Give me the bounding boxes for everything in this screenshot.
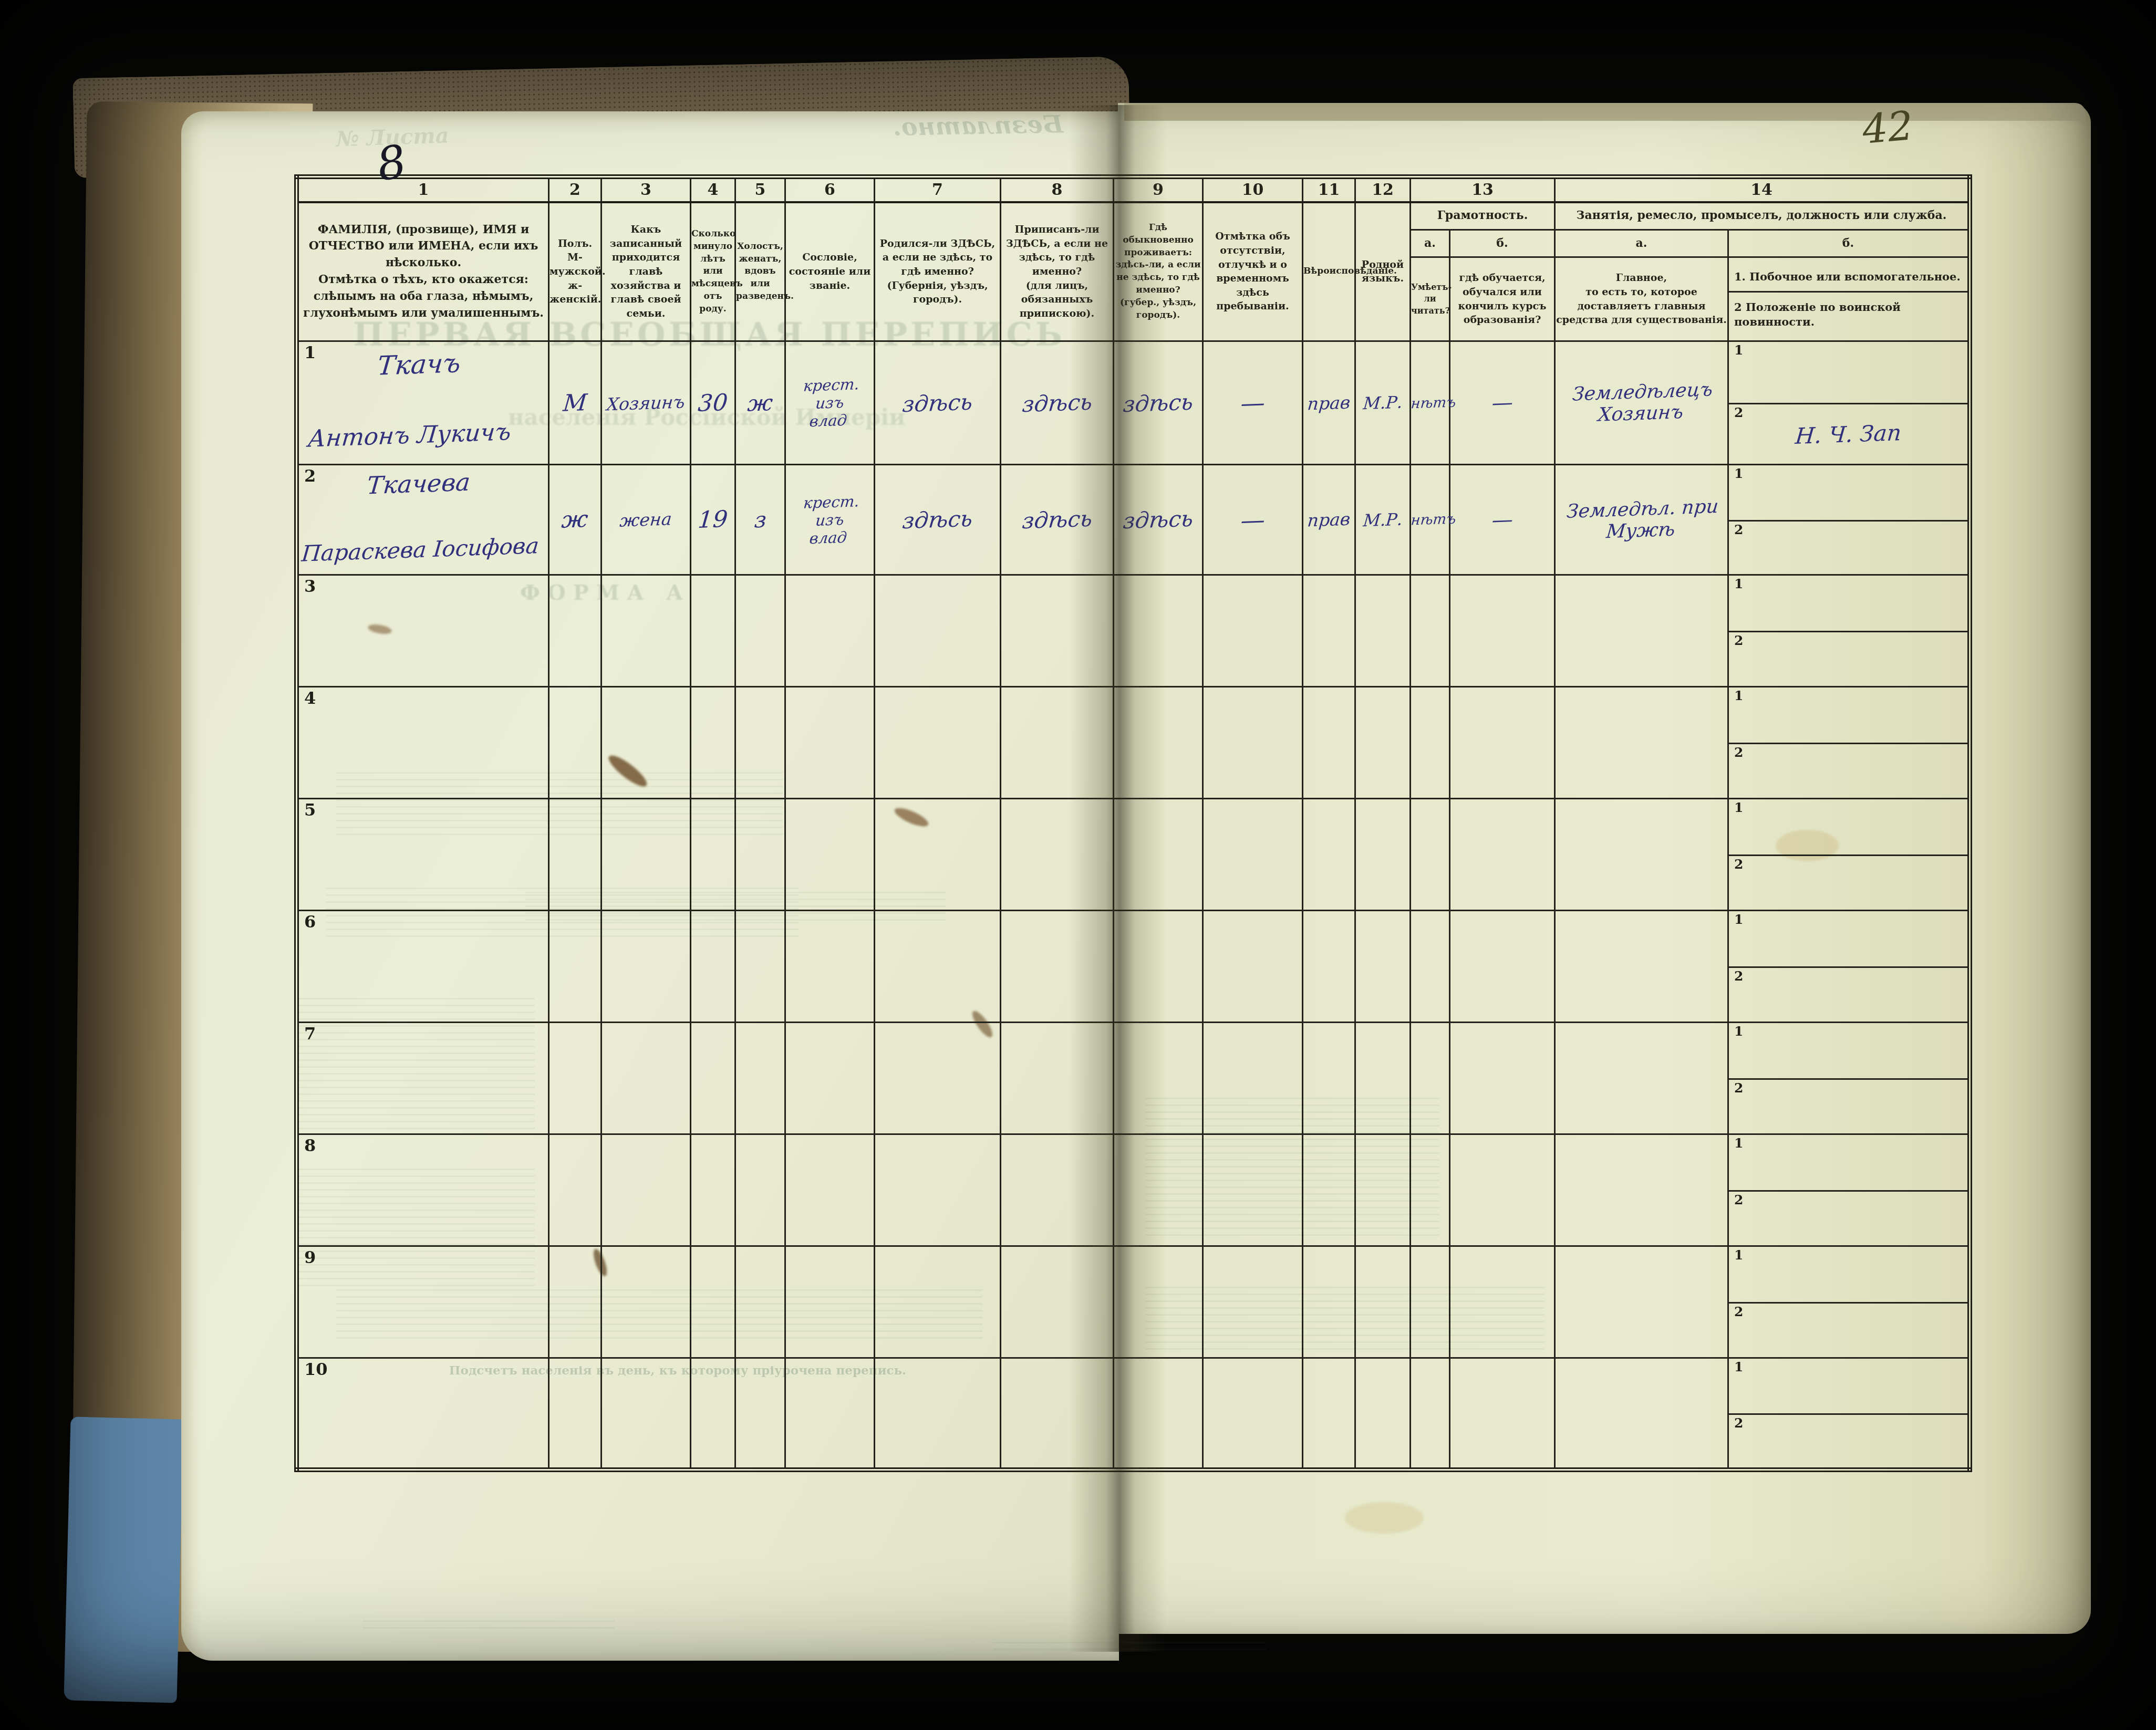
- header-sex: Полъ. М-мужской. ж-женскій.: [549, 202, 602, 341]
- military-sub2: 2: [1729, 966, 1967, 1022]
- absence-cell: [1203, 687, 1303, 799]
- handwritten-page-number: 42: [1861, 106, 1915, 150]
- education-cell: [1450, 1023, 1555, 1134]
- right-page-top-edge: [1124, 103, 2086, 121]
- birthplace-cell: [875, 799, 1001, 911]
- occupation-cell: [1555, 799, 1728, 911]
- table-row: 2 Ткачева Параскева Іосифова ж жена 19 з…: [297, 465, 1970, 575]
- col-number-2: 2: [549, 177, 602, 202]
- religion-cell: [1303, 575, 1355, 687]
- printed-footnote-line: [993, 1642, 1266, 1650]
- secondary-sub1: 1: [1729, 1023, 1967, 1078]
- age-cell: 30: [691, 341, 735, 465]
- education-cell: —: [1450, 341, 1555, 465]
- marital-cell: [735, 1246, 785, 1358]
- sub1-label: 1: [1734, 1248, 1743, 1262]
- reads-cell: [1411, 1023, 1450, 1134]
- sub2-label: 2: [1734, 1416, 1743, 1430]
- col-number-8: 8: [1001, 177, 1114, 202]
- sub1-label: 1: [1734, 1137, 1743, 1150]
- estate-cell: [785, 1246, 875, 1358]
- birthplace-entry: здѣсь: [901, 389, 974, 417]
- residence-entry: здѣсь: [1122, 506, 1195, 534]
- residence-cell: [1114, 687, 1203, 799]
- reads-cell: нѣтъ: [1411, 341, 1450, 465]
- row-number: 5: [304, 801, 316, 818]
- age-entry: 30: [697, 389, 729, 417]
- residence-cell: [1114, 1134, 1203, 1246]
- occupation-secondary-cell: 1 2: [1728, 465, 1970, 575]
- header-marital: Холостъ, женатъ, вдовъ или разведенъ.: [735, 202, 785, 341]
- military-entry: Н. Ч. Зап: [1794, 420, 1902, 449]
- sex-cell: [549, 1246, 602, 1358]
- header-age: Сколько минуло лѣтъ или мѣсяцевъ отъ род…: [691, 202, 735, 341]
- header-birthplace: Родился-ли ЗДѢСЬ, а если не здѣсь, то гд…: [875, 202, 1001, 341]
- table-row: 1 Ткачъ Антонъ Лукичъ М Хозяинъ 30 ж кре…: [297, 341, 1970, 465]
- relation-cell: [602, 687, 691, 799]
- language-entry: М.Р.: [1362, 392, 1403, 414]
- name-cell: 6: [297, 911, 549, 1023]
- given-name-entry: Антонъ Лукичъ: [307, 418, 512, 452]
- estate-cell: крест. изъ влад: [785, 341, 875, 465]
- row1-name-cell: 1 Ткачъ Антонъ Лукичъ: [297, 341, 549, 465]
- language-cell: [1355, 1246, 1411, 1358]
- sex-cell: [549, 911, 602, 1023]
- table-row: 6 1 2: [297, 911, 1970, 1023]
- sub2-label: 2: [1734, 523, 1743, 536]
- occupation-cell: [1555, 575, 1728, 687]
- absence-entry: —: [1239, 505, 1266, 535]
- header-occupation-b-item-1: 1. Побочное или вспомогательное.: [1729, 262, 1967, 291]
- residence-cell: [1114, 1358, 1203, 1470]
- sub2-label: 2: [1734, 1081, 1743, 1095]
- reads-cell: [1411, 911, 1450, 1023]
- secondary-sub1: 1: [1729, 465, 1967, 520]
- row-number: 10: [304, 1361, 328, 1378]
- sub1-label: 1: [1734, 689, 1743, 702]
- header-occupation-b-item-2: 2 Положеніе по воинской повинности.: [1729, 291, 1967, 336]
- occupation-cell: [1555, 1134, 1728, 1246]
- col-number-5: 5: [735, 177, 785, 202]
- relation-cell: [602, 1246, 691, 1358]
- row-number: 8: [304, 1137, 316, 1154]
- occupation-cell: [1555, 1358, 1728, 1470]
- header-language: Родной языкъ.: [1355, 202, 1411, 341]
- name-cell: 8: [297, 1134, 549, 1246]
- religion-cell: [1303, 1358, 1355, 1470]
- row-number: 9: [304, 1249, 316, 1266]
- sex-cell: [549, 575, 602, 687]
- relation-cell: [602, 1134, 691, 1246]
- name-cell: 7: [297, 1023, 549, 1134]
- reads-cell: [1411, 1134, 1450, 1246]
- birthplace-cell: здѣсь: [875, 341, 1001, 465]
- occupation-secondary-cell: 1 2: [1728, 911, 1970, 1023]
- religion-cell: [1303, 1246, 1355, 1358]
- col-number-7: 7: [875, 177, 1001, 202]
- marital-entry: з: [753, 507, 767, 533]
- col-number-10: 10: [1203, 177, 1303, 202]
- marital-cell: [735, 687, 785, 799]
- military-sub2: 2: [1729, 1302, 1967, 1357]
- table-row: 4 1 2: [297, 687, 1970, 799]
- header-relation: Какъ записанный приходится главѣ хозяйст…: [602, 202, 691, 341]
- sub2-label: 2: [1734, 1305, 1743, 1318]
- military-sub2: 2: [1729, 1078, 1967, 1133]
- table-row: 3 1 2: [297, 575, 1970, 687]
- military-sub2: 2: [1729, 1190, 1967, 1245]
- residence-cell: [1114, 1023, 1203, 1134]
- occupation-secondary-cell: 1 2: [1728, 1358, 1970, 1470]
- row-number: 7: [304, 1025, 316, 1042]
- foxing-spot: [1345, 1502, 1424, 1534]
- absence-cell: [1203, 799, 1303, 911]
- header-absence: Отмѣтка объ отсутствіи, отлучкѣ и о врем…: [1203, 202, 1303, 341]
- education-cell: [1450, 1246, 1555, 1358]
- secondary-sub1: 1: [1729, 342, 1967, 403]
- estate-cell: [785, 1134, 875, 1246]
- name-cell: 10: [297, 1358, 549, 1470]
- sub2-label: 2: [1734, 406, 1743, 419]
- residence-cell: здѣсь: [1114, 465, 1203, 575]
- military-sub2: 2: [1729, 631, 1967, 686]
- secondary-sub1: 1: [1729, 799, 1967, 854]
- sex-entry: ж: [561, 506, 589, 534]
- sub1-label: 1: [1734, 913, 1743, 926]
- header-literacy-b-letter: б.: [1450, 230, 1555, 257]
- col-number-14: 14: [1555, 177, 1970, 202]
- registration-cell: [1001, 575, 1114, 687]
- absence-cell: —: [1203, 465, 1303, 575]
- absence-cell: [1203, 911, 1303, 1023]
- education-entry: —: [1490, 390, 1514, 415]
- marital-cell: [735, 1023, 785, 1134]
- sub2-label: 2: [1734, 746, 1743, 759]
- military-sub2: 2 Н. Ч. Зап: [1729, 403, 1967, 464]
- sex-entry: М: [562, 389, 588, 417]
- col-number-3: 3: [602, 177, 691, 202]
- sex-cell: [549, 687, 602, 799]
- age-cell: [691, 1358, 735, 1470]
- sex-cell: [549, 1358, 602, 1470]
- religion-cell: [1303, 1023, 1355, 1134]
- language-cell: [1355, 911, 1411, 1023]
- birthplace-cell: [875, 1358, 1001, 1470]
- education-cell: —: [1450, 465, 1555, 575]
- sex-cell: [549, 799, 602, 911]
- marital-cell: ж: [735, 341, 785, 465]
- military-sub2: 2: [1729, 520, 1967, 575]
- occupation-cell: Земледѣл. при Мужѣ: [1555, 465, 1728, 575]
- header-literacy-a-letter: а.: [1411, 230, 1450, 257]
- occupation-secondary-cell: 1 2: [1728, 575, 1970, 687]
- religion-cell: прав: [1303, 341, 1355, 465]
- secondary-sub1: 1: [1729, 1359, 1967, 1413]
- col-number-4: 4: [691, 177, 735, 202]
- registration-cell: здѣсь: [1001, 465, 1114, 575]
- header-literacy-a-desc: Умѣетъ-ли читать?: [1411, 257, 1450, 341]
- age-cell: 19: [691, 465, 735, 575]
- birthplace-entry: здѣсь: [901, 506, 974, 534]
- residence-cell: [1114, 1246, 1203, 1358]
- col-number-12: 12: [1355, 177, 1411, 202]
- marital-cell: [735, 575, 785, 687]
- relation-entry: Хозяинъ: [606, 391, 686, 414]
- age-cell: [691, 1134, 735, 1246]
- row-number: 4: [304, 690, 316, 706]
- sub2-label: 2: [1734, 970, 1743, 983]
- language-entry: М.Р.: [1362, 509, 1403, 530]
- absence-cell: [1203, 1134, 1303, 1246]
- education-cell: [1450, 1134, 1555, 1246]
- occupation-secondary-cell: 1 2: [1728, 687, 1970, 799]
- marital-cell: [735, 1134, 785, 1246]
- religion-cell: [1303, 799, 1355, 911]
- table-row: 5 1 2: [297, 799, 1970, 911]
- occupation-secondary-cell: 1 2: [1728, 1134, 1970, 1246]
- registration-entry: здѣсь: [1021, 506, 1093, 534]
- sub1-label: 1: [1734, 577, 1743, 590]
- occupation-secondary-cell: 1 2: [1728, 799, 1970, 911]
- marital-cell: [735, 1358, 785, 1470]
- occupation-entry: Земледѣлецъ Хозяинъ: [1570, 379, 1714, 426]
- sex-cell: [549, 1134, 602, 1246]
- registration-entry: здѣсь: [1021, 389, 1093, 417]
- reads-cell: [1411, 1358, 1450, 1470]
- occupation-cell: [1555, 1023, 1728, 1134]
- column-number-row: 1 2 3 4 5 6 7 8 9 10 11 12 13 14: [297, 177, 1970, 202]
- language-cell: [1355, 1358, 1411, 1470]
- sub1-label: 1: [1734, 343, 1743, 357]
- header-literacy-b-desc: гдѣ обучается, обучался или кончилъ курс…: [1450, 257, 1555, 341]
- occupation-entry: Земледѣл. при Мужѣ: [1564, 496, 1719, 544]
- census-table: 1 2 3 4 5 6 7 8 9 10 11 12 13 14 ФАМИЛІЯ…: [294, 174, 1972, 1472]
- book-photo: Безплатно. № Листа ПЕРВАЯ ВСЕОБЩАЯ ПЕРЕП…: [0, 0, 2156, 1730]
- education-cell: [1450, 575, 1555, 687]
- religion-entry: прав: [1307, 392, 1351, 414]
- reads-cell: [1411, 799, 1450, 911]
- birthplace-cell: [875, 1023, 1001, 1134]
- age-cell: [691, 575, 735, 687]
- header-occupation-title: Занятія, ремесло, промыселъ, должность и…: [1555, 202, 1970, 230]
- reads-cell: [1411, 575, 1450, 687]
- relation-cell: [602, 799, 691, 911]
- sex-cell: ж: [549, 465, 602, 575]
- bleedthrough-free-stamp: Безплатно.: [893, 110, 1064, 141]
- registration-cell: [1001, 687, 1114, 799]
- registration-cell: [1001, 1358, 1114, 1470]
- marital-cell: [735, 911, 785, 1023]
- relation-cell: [602, 1358, 691, 1470]
- absence-cell: [1203, 1246, 1303, 1358]
- header-occupation-a-letter: а.: [1555, 230, 1728, 257]
- estate-entry: крест. изъ влад: [783, 374, 876, 431]
- secondary-sub1: 1: [1729, 1135, 1967, 1190]
- name-cell: 5: [297, 799, 549, 911]
- header-residence: Гдѣ обыкновенно проживаетъ: здѣсь-ли, а …: [1114, 202, 1203, 341]
- header-estate: Сословіе, состояніе или званіе.: [785, 202, 875, 341]
- row-number: 2: [304, 467, 316, 484]
- registration-cell: [1001, 1134, 1114, 1246]
- absence-cell: [1203, 1358, 1303, 1470]
- religion-entry: прав: [1307, 509, 1351, 531]
- col-number-9: 9: [1114, 177, 1203, 202]
- language-cell: М.Р.: [1355, 341, 1411, 465]
- reads-cell: [1411, 687, 1450, 799]
- table-row: 7 1 2: [297, 1023, 1970, 1134]
- header-religion: Вѣроисповѣданіе.: [1303, 202, 1355, 341]
- header-occupation-a-desc: Главное, то есть то, которое доставляетъ…: [1555, 257, 1728, 341]
- reads-cell: нѣтъ: [1411, 465, 1450, 575]
- absence-entry: —: [1239, 388, 1266, 418]
- header-main-row: ФАМИЛІЯ, (прозвище), ИМЯ и ОТЧЕСТВО или …: [297, 202, 1970, 230]
- sub1-label: 1: [1734, 1025, 1743, 1038]
- residence-cell: здѣсь: [1114, 341, 1203, 465]
- estate-cell: [785, 911, 875, 1023]
- table-row: 10 1 2: [297, 1358, 1970, 1470]
- occupation-secondary-cell: 1 2 Н. Ч. Зап: [1728, 341, 1970, 465]
- name-cell: 3: [297, 575, 549, 687]
- name-cell: 4: [297, 687, 549, 799]
- table-row: 9 1 2: [297, 1246, 1970, 1358]
- header-registration: Приписанъ-ли ЗДѢСЬ, а если не здѣсь, то …: [1001, 202, 1114, 341]
- secondary-sub1: 1: [1729, 911, 1967, 966]
- language-cell: [1355, 1023, 1411, 1134]
- estate-cell: [785, 687, 875, 799]
- secondary-sub1: 1: [1729, 576, 1967, 631]
- religion-cell: прав: [1303, 465, 1355, 575]
- age-entry: 19: [697, 506, 729, 534]
- birthplace-cell: [875, 1134, 1001, 1246]
- relation-entry: жена: [619, 508, 672, 530]
- surname-entry: Ткачева: [366, 468, 471, 500]
- book-cover-blue-corner: [64, 1416, 183, 1703]
- birthplace-cell: [875, 911, 1001, 1023]
- registration-cell: [1001, 1246, 1114, 1358]
- education-cell: [1450, 799, 1555, 911]
- name-cell: 9: [297, 1246, 549, 1358]
- sub1-label: 1: [1734, 1360, 1743, 1373]
- registration-cell: здѣсь: [1001, 341, 1114, 465]
- absence-cell: [1203, 575, 1303, 687]
- military-sub2: 2: [1729, 854, 1967, 910]
- military-sub2: 2: [1729, 1413, 1967, 1468]
- reads-cell: [1411, 1246, 1450, 1358]
- sex-cell: М: [549, 341, 602, 465]
- marital-entry: ж: [747, 390, 774, 416]
- relation-cell: [602, 1023, 691, 1134]
- language-cell: [1355, 575, 1411, 687]
- header-name: ФАМИЛІЯ, (прозвище), ИМЯ и ОТЧЕСТВО или …: [297, 202, 549, 341]
- estate-cell: [785, 1023, 875, 1134]
- age-cell: [691, 1246, 735, 1358]
- sex-cell: [549, 1023, 602, 1134]
- estate-cell: [785, 575, 875, 687]
- secondary-sub1: 1: [1729, 1247, 1967, 1302]
- header-occupation-b-letter: б.: [1728, 230, 1970, 257]
- estate-entry: крест. изъ влад: [783, 492, 876, 548]
- registration-cell: [1001, 911, 1114, 1023]
- registration-cell: [1001, 799, 1114, 911]
- occupation-cell: [1555, 1246, 1728, 1358]
- marital-cell: [735, 799, 785, 911]
- occupation-secondary-cell: 1 2: [1728, 1023, 1970, 1134]
- age-cell: [691, 799, 735, 911]
- religion-cell: [1303, 911, 1355, 1023]
- given-name-entry: Параскева Іосифова: [300, 533, 540, 567]
- language-cell: [1355, 687, 1411, 799]
- estate-cell: [785, 799, 875, 911]
- residence-entry: здѣсь: [1122, 389, 1195, 417]
- header-literacy-title: Грамотность.: [1411, 202, 1555, 230]
- sub2-label: 2: [1734, 1193, 1743, 1206]
- absence-cell: —: [1203, 341, 1303, 465]
- estate-cell: [785, 1358, 875, 1470]
- header-occupation-b-desc: 1. Побочное или вспомогательное. 2 Полож…: [1728, 257, 1970, 341]
- residence-cell: [1114, 575, 1203, 687]
- education-cell: [1450, 1358, 1555, 1470]
- relation-cell: Хозяинъ: [602, 341, 691, 465]
- relation-cell: [602, 911, 691, 1023]
- education-cell: [1450, 911, 1555, 1023]
- religion-cell: [1303, 687, 1355, 799]
- occupation-cell: [1555, 911, 1728, 1023]
- age-cell: [691, 1023, 735, 1134]
- birthplace-cell: здѣсь: [875, 465, 1001, 575]
- sub1-label: 1: [1734, 801, 1743, 814]
- language-cell: [1355, 799, 1411, 911]
- marital-cell: з: [735, 465, 785, 575]
- birthplace-cell: [875, 687, 1001, 799]
- sub2-label: 2: [1734, 634, 1743, 647]
- residence-cell: [1114, 799, 1203, 911]
- age-cell: [691, 687, 735, 799]
- birthplace-cell: [875, 575, 1001, 687]
- estate-cell: крест. изъ влад: [785, 465, 875, 575]
- registration-cell: [1001, 1023, 1114, 1134]
- military-sub2: 2: [1729, 743, 1967, 798]
- row-number: 3: [304, 578, 316, 595]
- education-cell: [1450, 687, 1555, 799]
- printed-footnote-line: [362, 1620, 615, 1630]
- age-cell: [691, 911, 735, 1023]
- birthplace-cell: [875, 1246, 1001, 1358]
- relation-cell: [602, 575, 691, 687]
- col-number-13: 13: [1411, 177, 1555, 202]
- occupation-cell: Земледѣлецъ Хозяинъ: [1555, 341, 1728, 465]
- secondary-sub1: 1: [1729, 687, 1967, 743]
- education-entry: —: [1490, 507, 1514, 532]
- language-cell: М.Р.: [1355, 465, 1411, 575]
- relation-cell: жена: [602, 465, 691, 575]
- absence-cell: [1203, 1023, 1303, 1134]
- residence-cell: [1114, 911, 1203, 1023]
- col-number-6: 6: [785, 177, 875, 202]
- row-number: 1: [304, 344, 316, 361]
- occupation-secondary-cell: 1 2: [1728, 1246, 1970, 1358]
- row2-name-cell: 2 Ткачева Параскева Іосифова: [297, 465, 549, 575]
- col-number-1: 1: [297, 177, 549, 202]
- occupation-cell: [1555, 687, 1728, 799]
- col-number-11: 11: [1303, 177, 1355, 202]
- table-row: 8 1 2: [297, 1134, 1970, 1246]
- sub2-label: 2: [1734, 858, 1743, 871]
- religion-cell: [1303, 1134, 1355, 1246]
- surname-entry: Ткачъ: [376, 348, 462, 381]
- language-cell: [1355, 1134, 1411, 1246]
- row-number: 6: [304, 913, 316, 930]
- sub1-label: 1: [1734, 467, 1743, 480]
